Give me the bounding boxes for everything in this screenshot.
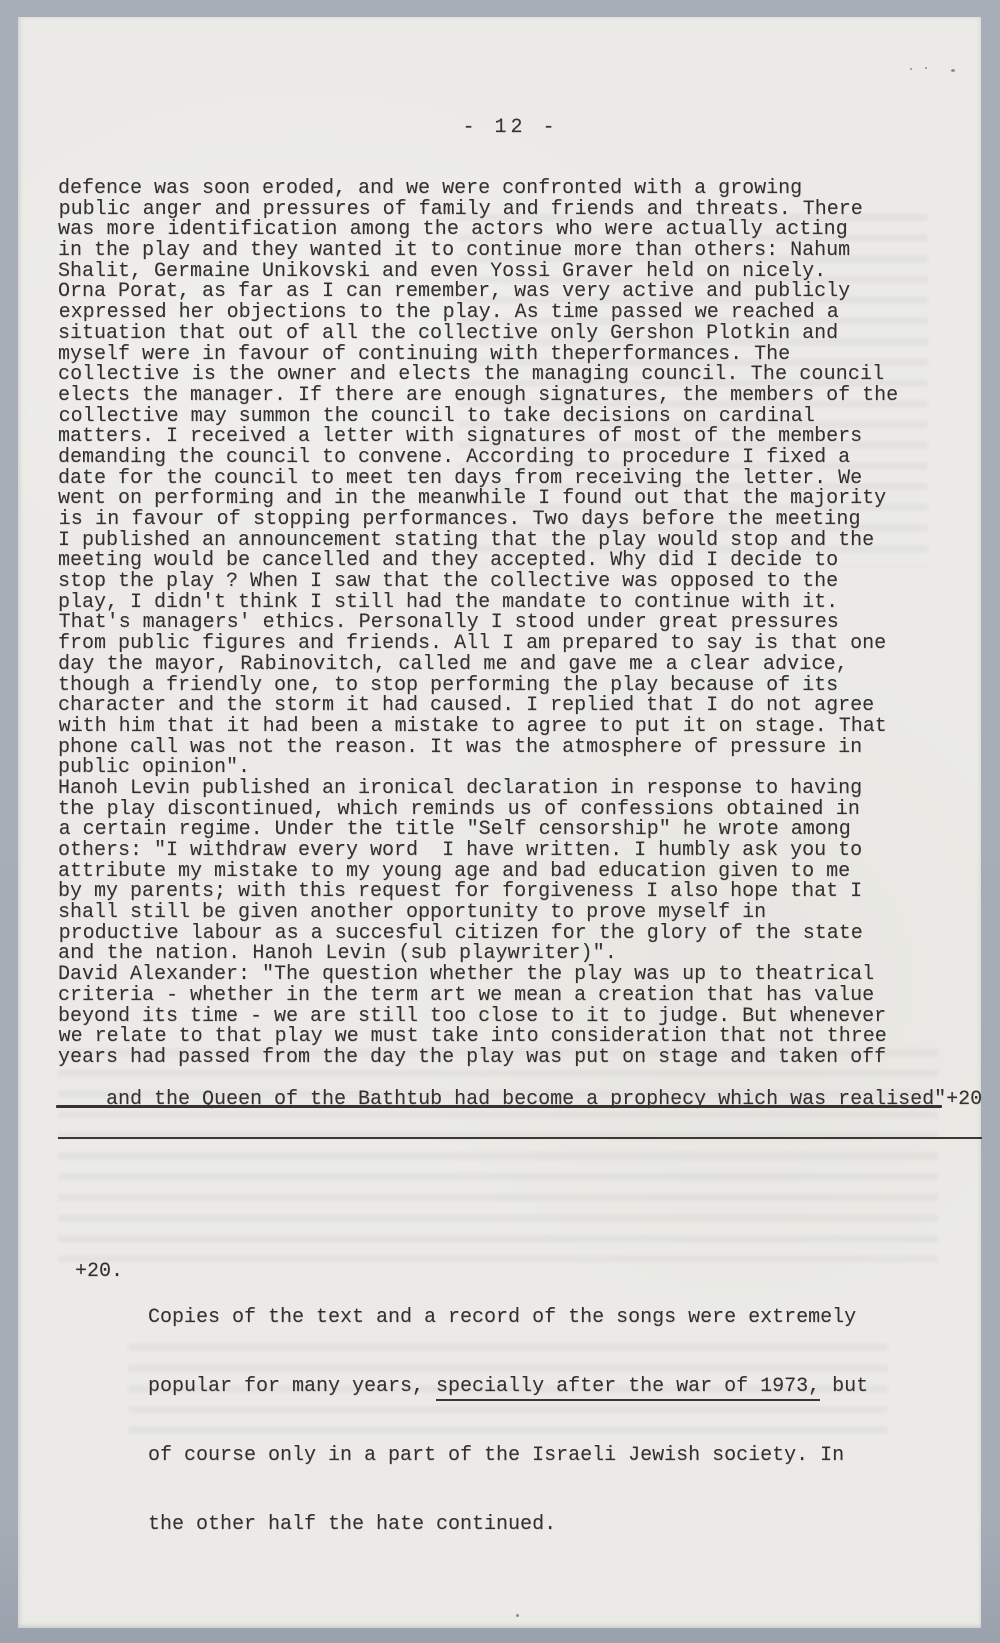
body-line: David Alexander: "The question whether t…: [58, 965, 958, 986]
body-line: by my parents; with this request for for…: [58, 882, 958, 903]
body-line: a certain regime. Under the title "Self …: [59, 820, 959, 841]
body-line: elects the manager. If there are enough …: [58, 386, 958, 407]
body-text: defence was soon eroded, and we were con…: [58, 179, 958, 1069]
body-line: went on performing and in the meanwhile …: [58, 489, 958, 510]
body-line: stop the play ? When I saw that the coll…: [58, 572, 958, 593]
body-line: collective may summon the council to tak…: [59, 407, 959, 428]
body-line: productive labour as a succesful citizen…: [59, 924, 959, 945]
footnote-text: Copies of the text and a record of the s…: [148, 1260, 928, 1582]
footnote-line: popular for many years, specially after …: [148, 1375, 928, 1398]
double-underline-rule: [56, 1105, 942, 1108]
paper-speck: [910, 68, 912, 70]
footnote-line: the other half the hate continued.: [148, 1513, 928, 1536]
body-line: phone call was not the reason. It was th…: [58, 738, 958, 759]
body-line: date for the council to meet ten days fr…: [58, 469, 958, 490]
body-line: public opinion".: [58, 758, 958, 779]
body-line: criteria - whether in the term art we me…: [58, 986, 958, 1007]
body-line: with him that it had been a mistake to a…: [59, 717, 959, 738]
body-line: day the mayor, Rabinovitch, called me an…: [58, 655, 958, 676]
body-line: years had passed from the day the play w…: [58, 1048, 958, 1069]
body-line: situation that out of all the collective…: [58, 324, 958, 345]
footnote-line: of course only in a part of the Israeli …: [148, 1444, 928, 1467]
body-line: and the nation. Hanoh Levin (sub playwri…: [58, 944, 958, 965]
body-line: matters. I received a letter with signat…: [58, 427, 958, 448]
footnote-line2-post: but: [820, 1375, 868, 1398]
body-line: meeting would be cancelled and they acce…: [58, 551, 958, 572]
body-line: beyond its time - we are still too close…: [58, 1007, 958, 1028]
paper-speck: [951, 69, 955, 72]
body-line: from public figures and friends. All I a…: [58, 634, 958, 655]
body-line: though a friendly one, to stop performin…: [58, 676, 958, 697]
body-line: we relate to that play we must take into…: [59, 1027, 959, 1048]
body-line: the play discontinued, which reminds us …: [58, 800, 958, 821]
body-line: That's managers' ethics. Personally I st…: [59, 613, 959, 634]
paper-sheet: - 12 - defence was soon eroded, and we w…: [18, 17, 981, 1628]
footnote-marker: +20.: [75, 1260, 123, 1283]
body-line: defence was soon eroded, and we were con…: [58, 179, 958, 200]
body-line: myself were in favour of continuing with…: [58, 345, 958, 366]
footnote-line: Copies of the text and a record of the s…: [148, 1306, 928, 1329]
body-line: was more identification among the actors…: [58, 220, 958, 241]
scanned-page-background: { "document": { "page_number": "- 12 -",…: [0, 0, 1000, 1643]
paper-speck: [516, 1614, 519, 1617]
page-number: - 12 -: [18, 116, 981, 139]
body-line: demanding the council to convene. Accord…: [58, 448, 958, 469]
body-line: play, I didn't think I still had the man…: [58, 593, 958, 614]
body-line: public anger and pressures of family and…: [59, 200, 959, 221]
footnote-underlined-phrase: specially after the war of 1973,: [436, 1375, 820, 1401]
footnote-line2-pre: popular for many years,: [148, 1375, 436, 1398]
body-line: is in favour of stopping performances. T…: [59, 510, 959, 531]
body-line: collective is the owner and elects the m…: [58, 365, 958, 386]
body-line: attribute my mistake to my young age and…: [58, 862, 958, 883]
body-line: in the play and they wanted it to contin…: [58, 241, 958, 262]
body-line: expressed her objections to the play. As…: [59, 303, 959, 324]
body-line: Hanoh Levin published an ironical declar…: [58, 779, 958, 800]
body-line: others: "I withdraw every word I have wr…: [58, 841, 958, 862]
body-line: character and the storm it had caused. I…: [58, 696, 958, 717]
body-line: Orna Porat, as far as I can remember, wa…: [58, 282, 958, 303]
body-line: shall still be given another opportunity…: [58, 903, 958, 924]
body-line: Shalit, Germaine Unikovski and even Yoss…: [58, 262, 958, 283]
paper-speck: [925, 67, 927, 69]
body-line: I published an announcement stating that…: [58, 531, 958, 552]
